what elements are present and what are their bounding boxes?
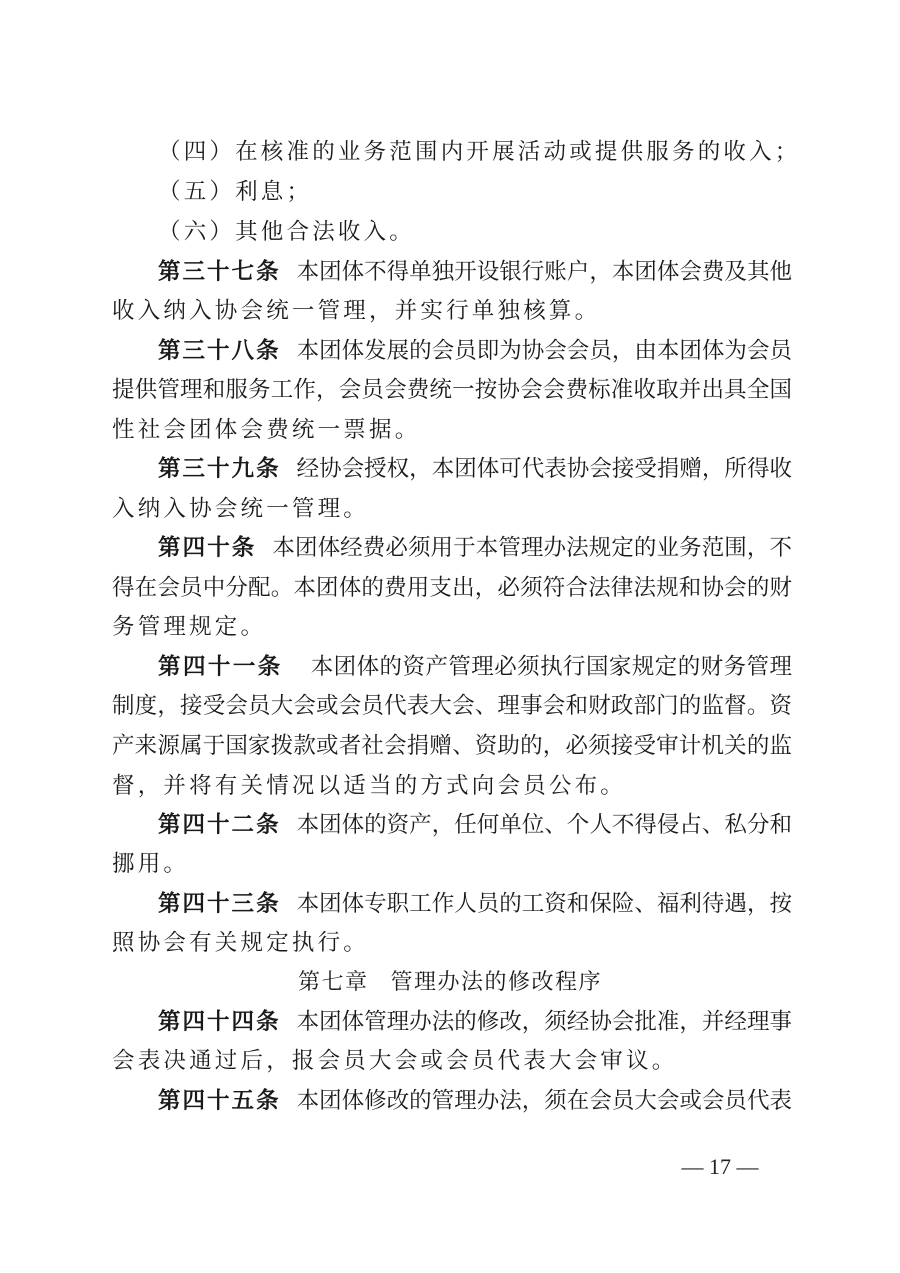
article-41-line-4: 督，并将有关情况以适当的方式向会员公布。	[112, 766, 792, 806]
article-text: 本团体不得单独开设银行账户，本团体会费及其他	[297, 259, 792, 285]
chapter-title: 管理办法的修改程序	[391, 970, 603, 995]
chapter-number: 第七章	[298, 970, 369, 995]
article-label: 第三十八条	[158, 338, 281, 364]
list-item-4: （四）在核准的业务范围内开展活动或提供服务的收入；	[158, 132, 792, 172]
article-44-line-1: 第四十四条本团体管理办法的修改，须经协会批准，并经理事	[158, 1002, 792, 1042]
article-label: 第四十五条	[158, 1088, 281, 1114]
article-label: 第三十七条	[158, 259, 281, 285]
article-42-line-1: 第四十二条本团体的资产，任何单位、个人不得侵占、私分和	[158, 805, 792, 845]
article-label: 第四十三条	[158, 891, 281, 917]
article-38-line-3: 性社会团体会费统一票据。	[112, 410, 792, 450]
article-42-line-2: 挪用。	[112, 844, 792, 884]
article-41-line-1: 第四十一条本团体的资产管理必须执行国家规定的财务管理	[158, 647, 792, 687]
article-45-line-1: 第四十五条本团体修改的管理办法，须在会员大会或会员代表	[158, 1081, 792, 1121]
article-37-line-2: 收入纳入协会统一管理，并实行单独核算。	[112, 291, 792, 331]
page-number: — 17 —	[660, 1152, 780, 1182]
article-37-line-1: 第三十七条本团体不得单独开设银行账户，本团体会费及其他	[158, 252, 792, 292]
article-text: 本团体修改的管理办法，须在会员大会或会员代表	[297, 1088, 792, 1114]
article-text: 本团体的资产管理必须执行国家规定的财务管理	[311, 654, 792, 680]
article-40-line-3: 务管理规定。	[112, 607, 792, 647]
article-label: 第四十二条	[158, 812, 281, 838]
article-text: 经协会授权，本团体可代表协会接受捐赠，所得收	[297, 456, 792, 482]
article-label: 第四十一条	[158, 654, 283, 680]
article-39-line-2: 入纳入协会统一管理。	[112, 489, 792, 529]
article-label: 第四十四条	[158, 1009, 281, 1035]
article-43-line-2: 照协会有关规定执行。	[112, 923, 792, 963]
article-text: 本团体经费必须用于本管理办法规定的业务范围，不	[272, 535, 792, 561]
list-item-5: （五）利息；	[158, 172, 792, 212]
article-38-line-2: 提供管理和服务工作，会员会费统一按协会会费标准收取并出具全国	[112, 370, 792, 410]
article-label: 第四十条	[158, 535, 256, 561]
list-item-6: （六）其他合法收入。	[158, 212, 792, 252]
article-39-line-1: 第三十九条经协会授权，本团体可代表协会接受捐赠，所得收	[158, 449, 792, 489]
article-41-line-2: 制度，接受会员大会或会员代表大会、理事会和财政部门的监督。资	[112, 686, 792, 726]
article-43-line-1: 第四十三条本团体专职工作人员的工资和保险、福利待遇，按	[158, 884, 792, 924]
article-44-line-2: 会表决通过后，报会员大会或会员代表大会审议。	[112, 1041, 792, 1081]
document-page: （四）在核准的业务范围内开展活动或提供服务的收入； （五）利息； （六）其他合法…	[0, 0, 900, 1273]
article-text: 本团体发展的会员即为协会会员，由本团体为会员	[297, 338, 792, 364]
article-41-line-3: 产来源属于国家拨款或者社会捐赠、资助的，必须接受审计机关的监	[112, 726, 792, 766]
article-40-line-2: 得在会员中分配。本团体的费用支出，必须符合法律法规和协会的财	[112, 568, 792, 608]
article-40-line-1: 第四十条本团体经费必须用于本管理办法规定的业务范围，不	[158, 528, 792, 568]
article-text: 本团体专职工作人员的工资和保险、福利待遇，按	[297, 891, 792, 917]
chapter-heading: 第七章管理办法的修改程序	[0, 963, 900, 1003]
article-label: 第三十九条	[158, 456, 281, 482]
article-38-line-1: 第三十八条本团体发展的会员即为协会会员，由本团体为会员	[158, 331, 792, 371]
article-text: 本团体管理办法的修改，须经协会批准，并经理事	[297, 1009, 792, 1035]
article-text: 本团体的资产，任何单位、个人不得侵占、私分和	[297, 812, 792, 838]
